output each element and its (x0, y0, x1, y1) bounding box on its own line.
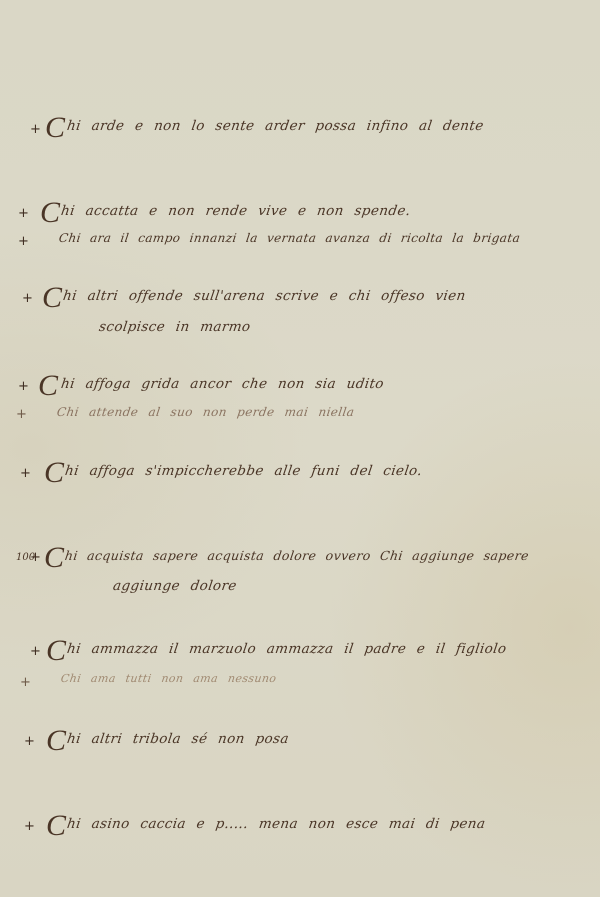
cross-mark: + (20, 676, 31, 689)
cross-mark: + (24, 820, 35, 833)
initial-capital: C (44, 543, 64, 573)
proverb-line: hi ammazza il marzuolo ammazza il padre … (66, 641, 508, 657)
proverb-line: Chi attende al suo non perde mai niella (56, 405, 355, 419)
manuscript-page: + C hi arde e non lo sente arder possa i… (0, 0, 600, 897)
initial-capital: C (42, 283, 62, 313)
proverb-line: hi altri offende sull'arena scrive e chi… (62, 288, 467, 304)
proverb-line: hi affoga grida ancor che non sia udito (60, 376, 385, 392)
cross-mark: + (18, 380, 29, 393)
proverb-line: hi affoga s'impiccherebbe alle funi del … (64, 463, 423, 479)
initial-capital: C (45, 113, 65, 143)
cross-mark: + (30, 645, 41, 658)
proverb-line: Chi ama tutti non ama nessuno (60, 672, 277, 685)
cross-mark: + (30, 123, 41, 136)
cross-mark: + (24, 735, 35, 748)
proverb-line: hi acquista sapere acquista dolore ovver… (64, 548, 530, 563)
cross-mark: + (30, 551, 41, 564)
cross-mark: + (18, 207, 29, 220)
proverb-line: Chi ara il campo innanzi la vernata avan… (58, 231, 521, 245)
proverb-line-continuation: aggiunge dolore (112, 578, 238, 594)
cross-mark: + (16, 408, 27, 421)
initial-capital: C (46, 811, 66, 841)
cross-mark: + (22, 292, 33, 305)
proverb-line: hi accatta e non rende vive e non spende… (60, 203, 412, 219)
initial-capital: C (44, 458, 64, 488)
initial-capital: C (46, 636, 66, 666)
proverb-line-continuation: scolpisce in marmo (98, 319, 252, 335)
initial-capital: C (46, 726, 66, 756)
proverb-line: hi arde e non lo sente arder possa infin… (66, 118, 485, 134)
cross-mark: + (20, 467, 31, 480)
cross-mark: + (18, 235, 29, 248)
proverb-line: hi asino caccia e p..... mena non esce m… (66, 816, 486, 832)
initial-capital: C (38, 371, 58, 401)
proverb-line: hi altri tribola sé non posa (66, 731, 290, 747)
initial-capital: C (40, 198, 60, 228)
